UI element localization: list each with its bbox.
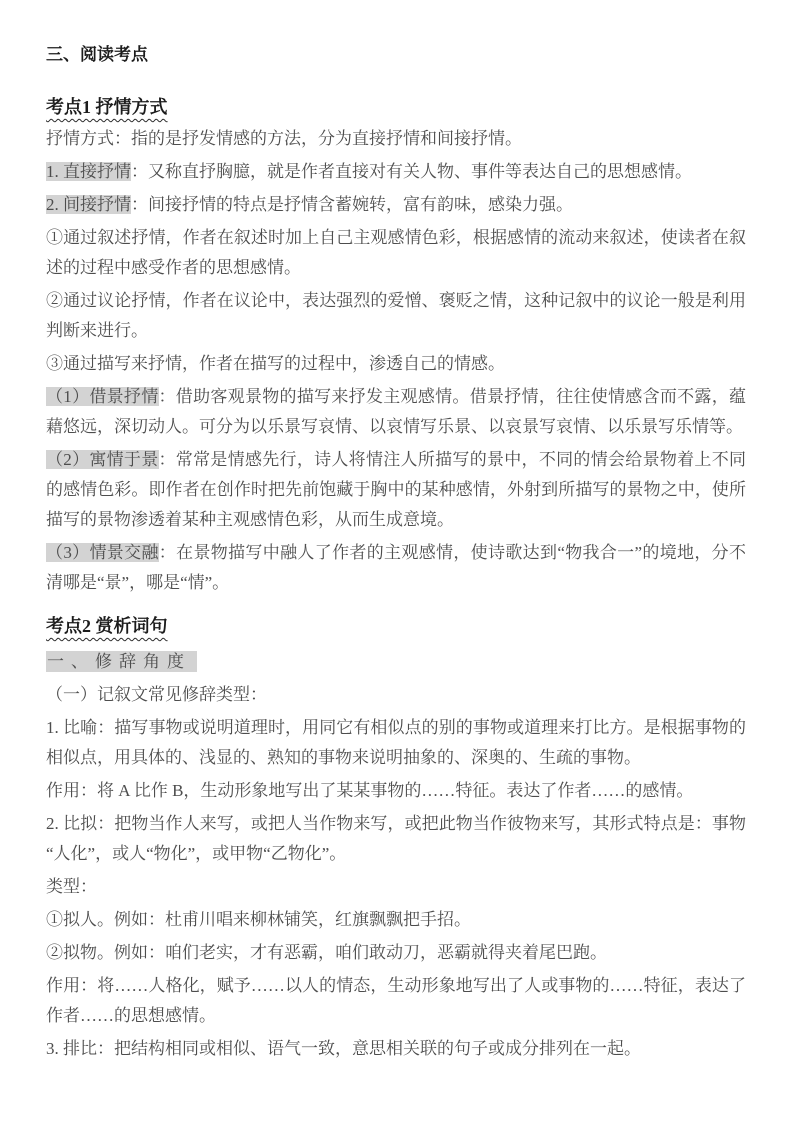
- rhetoric-types-intro-paragraph: （一）记叙文常见修辞类型：: [46, 680, 746, 710]
- types-label-paragraph: 类型：: [46, 872, 746, 902]
- metaphor-effect-paragraph: 作用：将 A 比作 B，生动形象地写出了某某事物的……特征。表达了作者……的感情…: [46, 776, 746, 806]
- objectify-example-paragraph: ②拟物。例如：咱们老实，才有恶霸，咱们敢动刀，恶霸就得夹着尾巴跑。: [46, 938, 746, 968]
- scenery-term-2-highlight: （2）寓情于景: [46, 450, 159, 469]
- indirect-lyric-term-text: ：间接抒情的特点是抒情含蓄婉转，富有韵味，感染力强。: [131, 195, 573, 214]
- lyric-mode-intro-paragraph: 抒情方式：指的是抒发情感的方法，分为直接抒情和间接抒情。: [46, 124, 746, 154]
- rhetoric-angle-subheading: 一、修辞角度: [46, 647, 746, 677]
- kaodian2-heading: 考点2 赏析词句: [46, 611, 168, 641]
- indirect-method-3-paragraph: ③通过描写来抒情，作者在描写的过程中，渗透自己的情感。: [46, 349, 746, 379]
- kaodian1-heading: 考点1 抒情方式: [46, 92, 168, 122]
- document-page: 三、阅读考点 考点1 抒情方式 抒情方式：指的是抒发情感的方法，分为直接抒情和间…: [0, 0, 793, 1122]
- rhetoric-angle-highlight: 一、修辞角度: [46, 651, 197, 672]
- direct-lyric-term-text: ：又称直抒胸臆，就是作者直接对有关人物、事件等表达自己的思想感情。: [131, 162, 692, 181]
- personification-paragraph: 2. 比拟：把物当作人来写，或把人当作物来写，或把此物当作彼物来写，其形式特点是…: [46, 809, 746, 869]
- scenery-term-3-paragraph: （3）情景交融：在景物描写中融人了作者的主观感情，使诗歌达到“物我合一”的境地，…: [46, 538, 746, 598]
- indirect-lyric-term-highlight: 2. 间接抒情: [46, 195, 131, 214]
- metaphor-paragraph: 1. 比喻：描写事物或说明道理时，用同它有相似点的别的事物或道理来打比方。是根据…: [46, 713, 746, 773]
- scenery-term-1-highlight: （1）借景抒情: [46, 387, 159, 406]
- scenery-term-2-paragraph: （2）寓情于景：常常是情感先行，诗人将情注人所描写的景中，不同的情会给景物着上不…: [46, 445, 746, 535]
- direct-lyric-paragraph: 1. 直接抒情：又称直抒胸臆，就是作者直接对有关人物、事件等表达自己的思想感情。: [46, 157, 746, 187]
- direct-lyric-term-highlight: 1. 直接抒情: [46, 162, 131, 181]
- scenery-term-1-paragraph: （1）借景抒情：借助客观景物的描写来抒发主观感情。借景抒情，往往使情感含而不露，…: [46, 382, 746, 442]
- indirect-method-1-paragraph: ①通过叙述抒情，作者在叙述时加上自己主观感情色彩，根据感情的流动来叙述，使读者在…: [46, 223, 746, 283]
- personify-example-paragraph: ①拟人。例如：杜甫川唱来柳林铺笑，红旗飘飘把手招。: [46, 905, 746, 935]
- doc-section-title: 三、阅读考点: [46, 40, 746, 70]
- indirect-method-2-paragraph: ②通过议论抒情，作者在议论中，表达强烈的爱憎、褒贬之情，这种记叙中的议论一般是利…: [46, 286, 746, 346]
- personification-effect-paragraph: 作用：将……人格化，赋予……以人的情态，生动形象地写出了人或事物的……特征，表达…: [46, 971, 746, 1031]
- parallelism-paragraph: 3. 排比：把结构相同或相似、语气一致，意思相关联的句子或成分排列在一起。: [46, 1034, 746, 1064]
- scenery-term-3-highlight: （3）情景交融: [46, 543, 159, 562]
- indirect-lyric-paragraph: 2. 间接抒情：间接抒情的特点是抒情含蓄婉转，富有韵味，感染力强。: [46, 190, 746, 220]
